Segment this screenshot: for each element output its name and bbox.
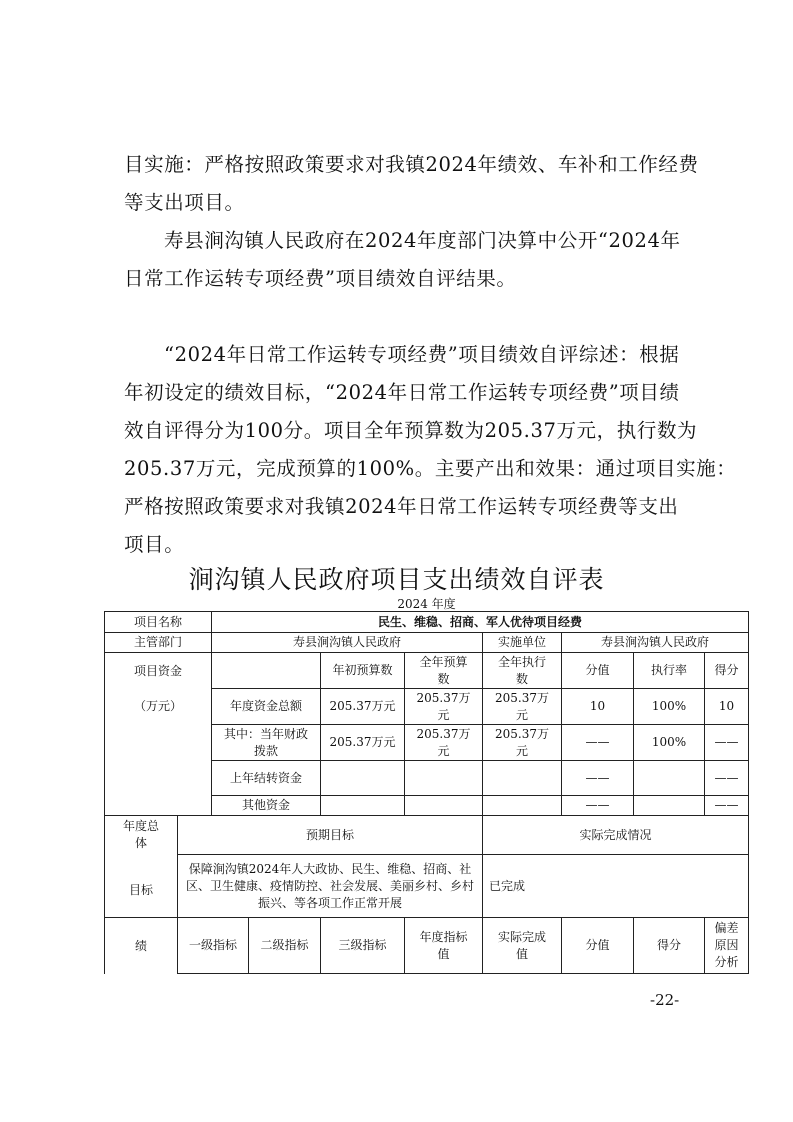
goal-label-line1: 年度总体 — [123, 818, 159, 852]
funds-row-executed — [482, 795, 562, 816]
funds-row-score: —— — [704, 724, 749, 761]
indicator-header-score-value: 分值 — [561, 917, 634, 974]
funds-row-executed: 205.37万元 — [482, 724, 562, 761]
funds-row-label: 年度资金总额 — [211, 688, 321, 725]
funds-header-score: 得分 — [704, 652, 749, 689]
expected-goal-text: 保障涧沟镇2024年人大政协、民生、维稳、招商、社区、卫生健康、疫情防控、社会发… — [177, 854, 483, 918]
funds-row-score-value: —— — [561, 795, 634, 816]
funds-header-annual: 全年预算数 — [404, 652, 483, 689]
funds-label-line2: （万元） — [134, 698, 182, 715]
indicator-header-deviation: 偏差原因分析 — [704, 917, 749, 974]
performance-table: 项目名称 民生、维稳、招商、军人优待项目经费 主管部门 寿县涧沟镇人民政府 实施… — [0, 0, 793, 1122]
indicator-header-annual-value: 年度指标值 — [404, 917, 483, 974]
funds-row-annual — [404, 795, 483, 816]
indicator-header-score: 得分 — [633, 917, 705, 974]
funds-row-annual: 205.37万元 — [404, 688, 483, 725]
funds-header-executed: 全年执行数 — [482, 652, 562, 689]
funds-row-initial: 205.37万元 — [320, 688, 405, 725]
funds-row-score: 10 — [704, 688, 749, 725]
funds-label-line1: 项目资金 — [134, 663, 182, 680]
funds-header-blank — [211, 652, 321, 689]
funds-row-score: —— — [704, 795, 749, 816]
funds-row-rate: 100% — [633, 724, 705, 761]
funds-row-executed: 205.37万元 — [482, 688, 562, 725]
project-name-value: 民生、维稳、招商、军人优待项目经费 — [211, 611, 749, 633]
funds-row-score: —— — [704, 760, 749, 796]
funds-label: 项目资金 （万元） — [104, 652, 212, 816]
goal-label: 年度总体 目标 — [104, 815, 178, 918]
page-number: -22- — [650, 991, 679, 1009]
funds-row-rate — [633, 760, 705, 796]
funds-header-score-value: 分值 — [561, 652, 634, 689]
impl-value: 寿县涧沟镇人民政府 — [561, 632, 749, 653]
actual-goal-text: 已完成 — [482, 854, 749, 918]
funds-row-score-value: —— — [561, 724, 634, 761]
funds-row-initial — [320, 760, 405, 796]
project-name-label: 项目名称 — [104, 611, 212, 633]
goal-label-line2: 目标 — [129, 882, 153, 899]
funds-row-score-value: 10 — [561, 688, 634, 725]
funds-row-label: 其中：当年财政拨款 — [211, 724, 321, 761]
indicator-header-level1: 一级指标 — [177, 917, 249, 974]
impl-label: 实施单位 — [482, 632, 562, 653]
funds-row-annual — [404, 760, 483, 796]
indicator-header-level3: 三级指标 — [320, 917, 405, 974]
indicator-header-level2: 二级指标 — [248, 917, 321, 974]
funds-row-annual: 205.37万元 — [404, 724, 483, 761]
dept-value: 寿县涧沟镇人民政府 — [211, 632, 483, 653]
funds-row-label: 上年结转资金 — [211, 760, 321, 796]
funds-row-label: 其他资金 — [211, 795, 321, 816]
funds-row-initial: 205.37万元 — [320, 724, 405, 761]
dept-label: 主管部门 — [104, 632, 212, 653]
actual-goal-header: 实际完成情况 — [482, 815, 749, 855]
funds-row-executed — [482, 760, 562, 796]
funds-row-rate — [633, 795, 705, 816]
funds-header-initial: 年初预算数 — [320, 652, 405, 689]
expected-goal-header: 预期目标 — [177, 815, 483, 855]
funds-row-initial — [320, 795, 405, 816]
indicator-header-actual-value: 实际完成值 — [482, 917, 562, 974]
funds-header-rate: 执行率 — [633, 652, 705, 689]
perf-label: 绩 — [104, 917, 178, 974]
funds-row-score-value: —— — [561, 760, 634, 796]
funds-row-rate: 100% — [633, 688, 705, 725]
